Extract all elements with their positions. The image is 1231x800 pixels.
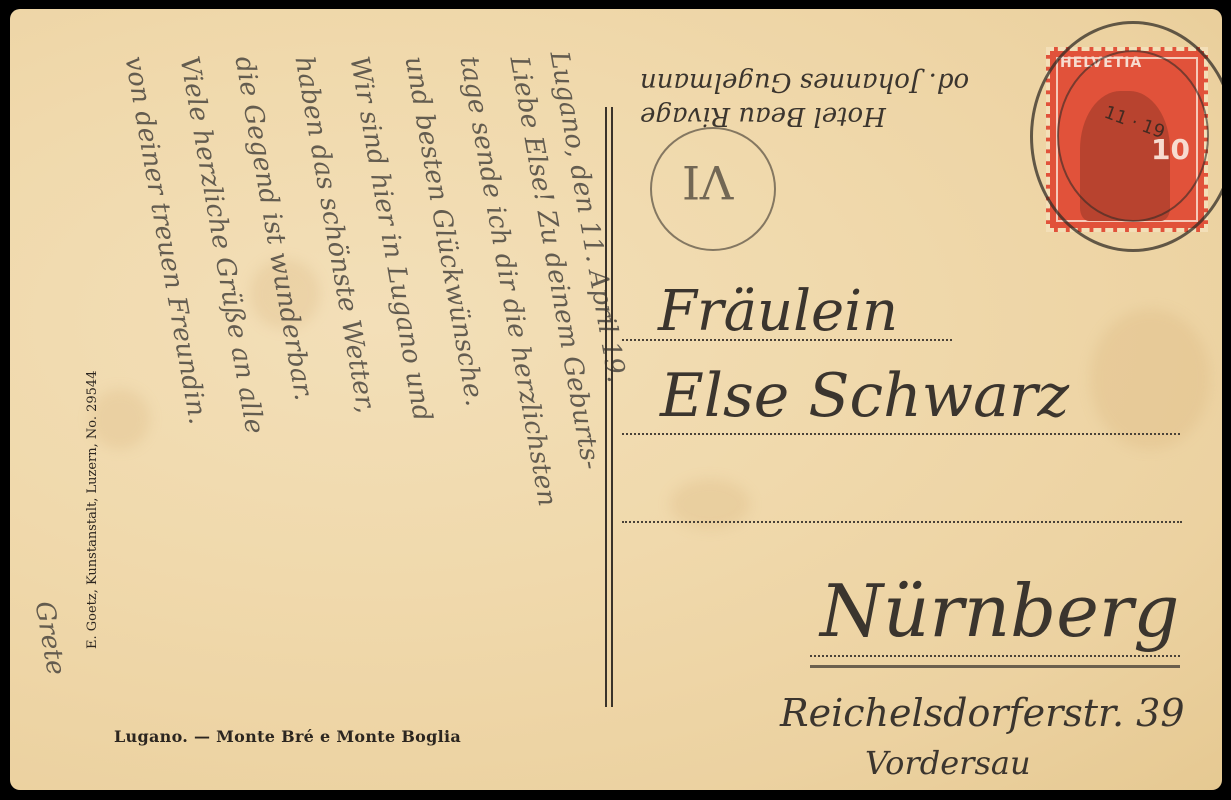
upside-note-line: od. Johannes Gugelmann xyxy=(640,65,969,99)
upside-note-line: Hotel Beau Rivage xyxy=(640,99,969,133)
address-rule xyxy=(622,521,1182,523)
circle-handstamp: VI xyxy=(650,127,776,251)
address-city: Nürnberg xyxy=(820,569,1179,653)
upside-down-note: Hotel Beau Rivage od. Johannes Gugelmann xyxy=(640,65,969,133)
postmark-cancellation: 11 · 19 xyxy=(1030,21,1222,252)
publisher-imprint: E. Goetz, Kunstanstalt, Luzern, No. 2954… xyxy=(85,371,100,649)
center-divider xyxy=(605,107,615,707)
address-underline xyxy=(810,665,1180,668)
postcard: Lugano, den 11. April 19. Liebe Else! Zu… xyxy=(10,9,1222,790)
address-district: Vordersau xyxy=(865,744,1031,782)
address-rule xyxy=(810,655,1180,657)
paper-stain xyxy=(1090,309,1210,449)
address-street: Reichelsdorferstr. 39 xyxy=(780,691,1185,735)
postcard-caption: Lugano. — Monte Bré e Monte Boglia xyxy=(114,727,461,746)
address-recipient-name: Else Schwarz xyxy=(660,361,1069,431)
handwritten-message: Lugano, den 11. April 19. Liebe Else! Zu… xyxy=(28,39,588,790)
address-salutation: Fräulein xyxy=(658,279,898,344)
circle-handstamp-text: VI xyxy=(682,155,733,209)
address-rule xyxy=(622,433,1180,435)
message-signature: Grete xyxy=(28,599,70,678)
postmark-inner-ring xyxy=(1057,50,1209,222)
